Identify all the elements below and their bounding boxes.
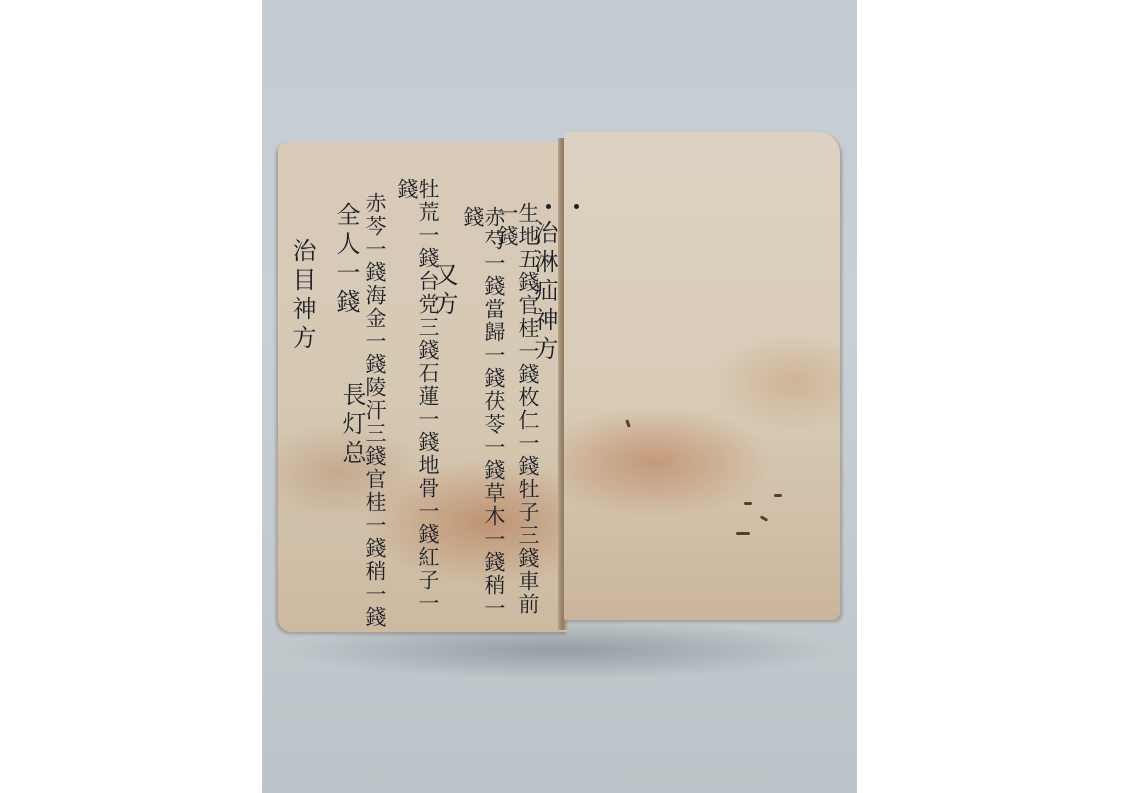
- left-page: 治淋疝神方 生地五錢官桂一錢枚仁一錢牡子三錢車前一錢 赤芍一錢當歸一錢茯苓一錢草…: [278, 142, 568, 632]
- ink-dot: [546, 204, 551, 209]
- right-page: [564, 132, 840, 620]
- worm-hole: [625, 419, 631, 428]
- worm-hole: [760, 515, 768, 522]
- recipe-title-column: 治目神方: [290, 238, 314, 354]
- recipe-ingredient-column: 全人一錢: [334, 202, 358, 318]
- recipe-ingredient-column: 赤芍一錢當歸一錢茯苓一錢草木一錢稍一錢: [462, 206, 504, 632]
- worm-hole: [736, 532, 750, 535]
- recipe-ingredient-column: 赤芩一錢海金一錢陵汗三錢官桂一錢稍一錢: [364, 192, 385, 629]
- signature-column: 長灯总: [340, 382, 364, 469]
- photo: 治淋疝神方 生地五錢官桂一錢枚仁一錢牡子三錢車前一錢 赤芍一錢當歸一錢茯苓一錢草…: [262, 0, 857, 793]
- recipe-ingredient-column: 牡荒一錢台党三錢石蓮一錢地骨一錢紅子一錢: [396, 178, 438, 632]
- worm-hole: [774, 494, 782, 497]
- worm-hole: [744, 502, 752, 505]
- ink-dot: [574, 204, 579, 209]
